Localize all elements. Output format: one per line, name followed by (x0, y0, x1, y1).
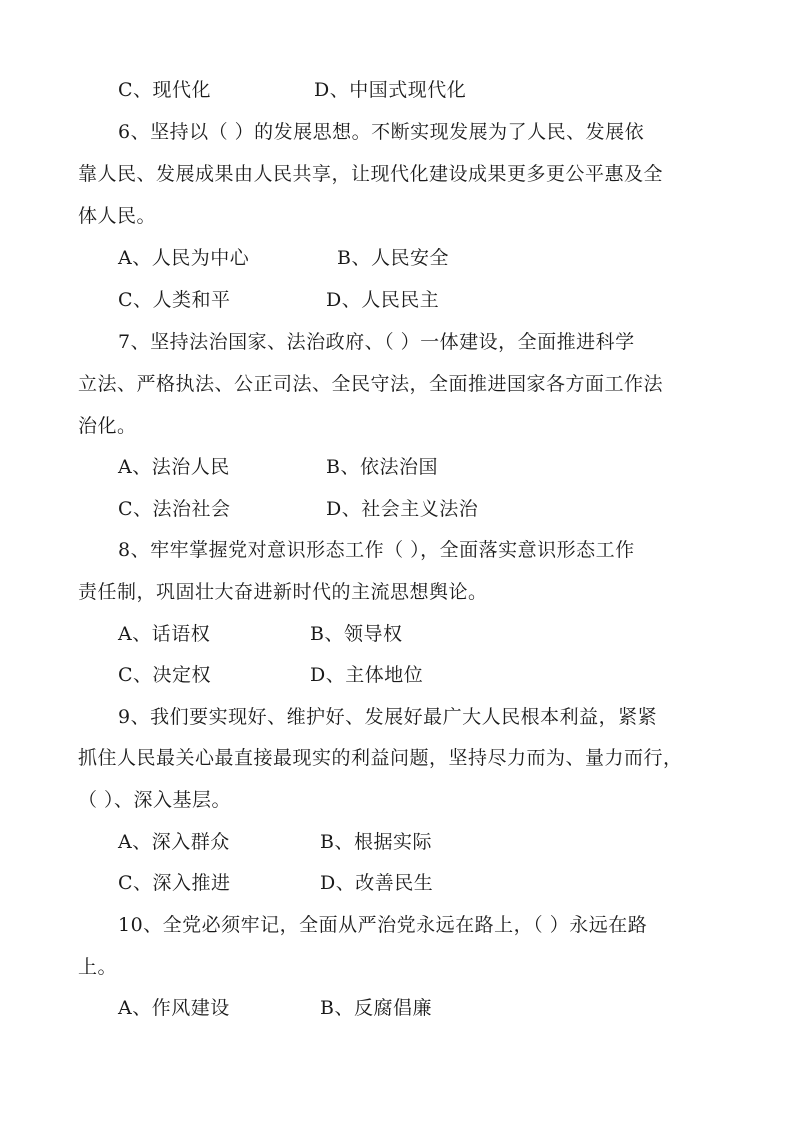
text-line: 体人民。 (78, 204, 156, 228)
text-line: D、中国式现代化 (314, 78, 466, 102)
text-line: B、根据实际 (320, 830, 432, 854)
text-line: C、法治社会 (118, 497, 231, 521)
text-line: 抓住人民最关心最直接最现实的利益问题，坚持尽力而为、量力而行， (78, 746, 683, 770)
text-line: 靠人民、发展成果由人民共享，让现代化建设成果更多更公平惠及全 (78, 162, 663, 186)
text-line: 10、全党必须牢记，全面从严治党永远在路上，（ ）永远在路 (118, 913, 647, 937)
text-line: 7、坚持法治国家、法治政府、（ ）一体建设，全面推进科学 (118, 330, 635, 354)
text-line: A、话语权 (118, 622, 210, 646)
text-line: D、主体地位 (310, 663, 423, 687)
text-line: B、反腐倡廉 (320, 996, 432, 1020)
text-line: B、依法治国 (326, 455, 438, 479)
text-line: A、人民为中心 (118, 246, 249, 270)
text-line: A、法治人民 (118, 455, 230, 479)
text-line: C、现代化 (118, 78, 211, 102)
text-line: D、社会主义法治 (326, 497, 478, 521)
text-line: （ ）、深入基层。 (78, 788, 231, 812)
text-line: 9、我们要实现好、维护好、发展好最广大人民根本利益，紧紧 (118, 705, 657, 729)
text-line: D、改善民生 (320, 871, 433, 895)
text-line: 8、牢牢掌握党对意识形态工作（ ），全面落实意识形态工作 (118, 538, 635, 562)
text-line: A、深入群众 (118, 830, 230, 854)
text-line: 治化。 (78, 414, 137, 438)
text-line: D、人民民主 (326, 288, 439, 312)
text-line: 上。 (78, 955, 117, 979)
text-line: C、人类和平 (118, 288, 231, 312)
text-line: C、深入推进 (118, 871, 231, 895)
text-line: B、领导权 (310, 622, 402, 646)
text-line: 6、坚持以（ ）的发展思想。不断实现发展为了人民、发展依 (118, 120, 644, 144)
text-line: 责任制，巩固壮大奋进新时代的主流思想舆论。 (78, 580, 488, 604)
text-line: 立法、严格执法、公正司法、全民守法，全面推进国家各方面工作法 (78, 372, 663, 396)
text-line: C、决定权 (118, 663, 211, 687)
text-line: A、作风建设 (118, 996, 230, 1020)
text-line: B、人民安全 (337, 246, 449, 270)
